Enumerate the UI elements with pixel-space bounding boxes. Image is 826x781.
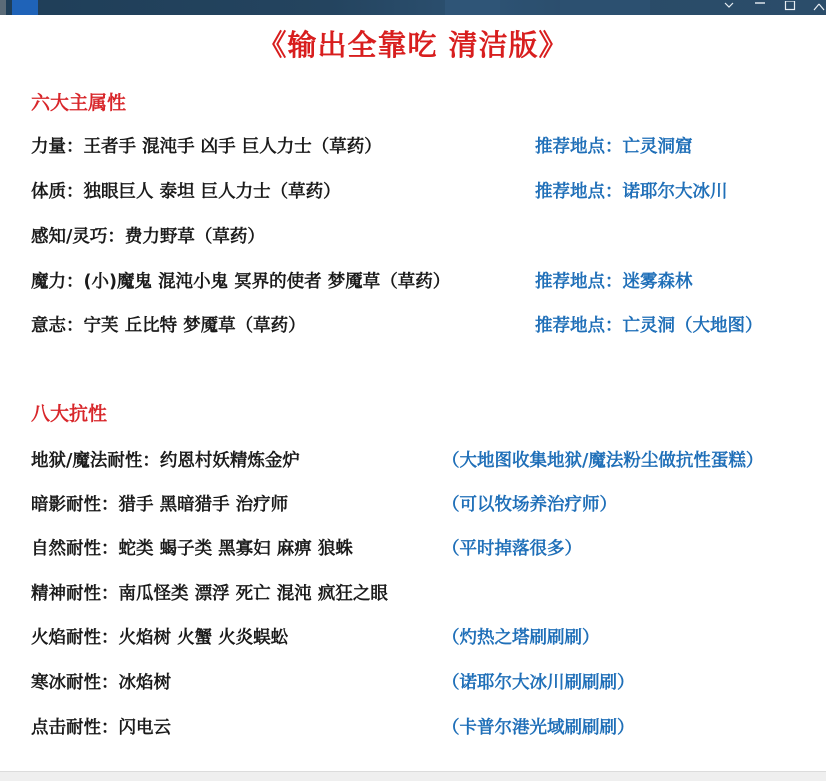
maximize-icon[interactable]	[783, 0, 797, 12]
minimize-icon[interactable]	[753, 0, 767, 12]
attribute-row: 体质：独眼巨人 泰坦 巨人力士（草药） 推荐地点：诺耶尔大冰川	[31, 179, 821, 205]
window-titlebar	[0, 0, 826, 15]
attribute-row: 力量：王者手 混沌手 凶手 巨人力士（草药） 推荐地点：亡灵洞窟	[31, 134, 821, 160]
resistance-note: （平时掉落很多）	[442, 536, 582, 562]
resistance-note: （灼热之塔刷刷刷）	[442, 625, 600, 651]
section-heading-resistances: 八大抗性	[31, 402, 107, 426]
document-canvas	[0, 15, 826, 771]
bottom-status-strip	[0, 771, 826, 781]
resistance-sources: 精神耐性：南瓜怪类 漂浮 死亡 混沌 疯狂之眼	[31, 581, 388, 607]
attribute-sources: 魔力：(小)魔鬼 混沌小鬼 冥界的使者 梦魇草（草药）	[31, 269, 450, 295]
resistance-sources: 火焰耐性：火焰树 火蟹 火炎蜈蚣	[31, 625, 288, 651]
resistance-row: 暗影耐性：猎手 黑暗猎手 治疗师 （可以牧场养治疗师）	[31, 492, 821, 518]
resistance-sources: 地狱/魔法耐性：约恩村妖精炼金炉	[31, 448, 300, 474]
resistance-note: （大地图收集地狱/魔法粉尘做抗性蛋糕）	[442, 448, 763, 474]
resistance-sources: 点击耐性：闪电云	[31, 715, 171, 741]
resistance-row: 寒冰耐性：冰焰树 （诺耶尔大冰川刷刷刷）	[31, 670, 821, 696]
titlebar-tab-highlight	[12, 0, 38, 15]
attribute-sources: 体质：独眼巨人 泰坦 巨人力士（草药）	[31, 179, 341, 205]
resistance-note: （诺耶尔大冰川刷刷刷）	[442, 670, 635, 696]
section-heading-attributes: 六大主属性	[31, 91, 126, 115]
resistance-row: 自然耐性：蛇类 蝎子类 黑寡妇 麻痹 狼蛛 （平时掉落很多）	[31, 536, 821, 562]
attribute-sources: 感知/灵巧：费力野草（草药）	[31, 224, 265, 250]
resistance-row: 火焰耐性：火焰树 火蟹 火炎蜈蚣 （灼热之塔刷刷刷）	[31, 625, 821, 651]
recommended-location: 推荐地点：迷雾森林	[535, 269, 693, 295]
close-icon[interactable]	[812, 0, 826, 12]
document-title: 《输出全靠吃 清洁版》	[0, 27, 826, 63]
titlebar-tab-active	[445, 0, 500, 15]
recommended-location: 推荐地点：亡灵洞窟	[535, 134, 693, 160]
resistance-note: （可以牧场养治疗师）	[442, 492, 617, 518]
resistance-sources: 暗影耐性：猎手 黑暗猎手 治疗师	[31, 492, 288, 518]
titlebar-tab	[560, 0, 650, 15]
resistance-sources: 寒冰耐性：冰焰树	[31, 670, 171, 696]
resistance-sources: 自然耐性：蛇类 蝎子类 黑寡妇 麻痹 狼蛛	[31, 536, 353, 562]
attribute-sources: 意志：宁芙 丘比特 梦魇草（草药）	[31, 313, 306, 339]
attribute-sources: 力量：王者手 混沌手 凶手 巨人力士（草药）	[31, 134, 382, 160]
resistance-note: （卡普尔港光域刷刷刷）	[442, 715, 635, 741]
titlebar-app-icon	[0, 0, 6, 15]
resistance-row: 地狱/魔法耐性：约恩村妖精炼金炉 （大地图收集地狱/魔法粉尘做抗性蛋糕）	[31, 448, 821, 474]
attribute-row: 魔力：(小)魔鬼 混沌小鬼 冥界的使者 梦魇草（草药） 推荐地点：迷雾森林	[31, 269, 821, 295]
chevron-down-icon[interactable]	[722, 0, 736, 12]
attribute-row: 感知/灵巧：费力野草（草药）	[31, 224, 821, 250]
attribute-row: 意志：宁芙 丘比特 梦魇草（草药） 推荐地点：亡灵洞（大地图）	[31, 313, 821, 339]
resistance-row: 精神耐性：南瓜怪类 漂浮 死亡 混沌 疯狂之眼	[31, 581, 821, 607]
recommended-location: 推荐地点：亡灵洞（大地图）	[535, 313, 763, 339]
recommended-location: 推荐地点：诺耶尔大冰川	[535, 179, 728, 205]
resistance-row: 点击耐性：闪电云 （卡普尔港光域刷刷刷）	[31, 715, 821, 741]
